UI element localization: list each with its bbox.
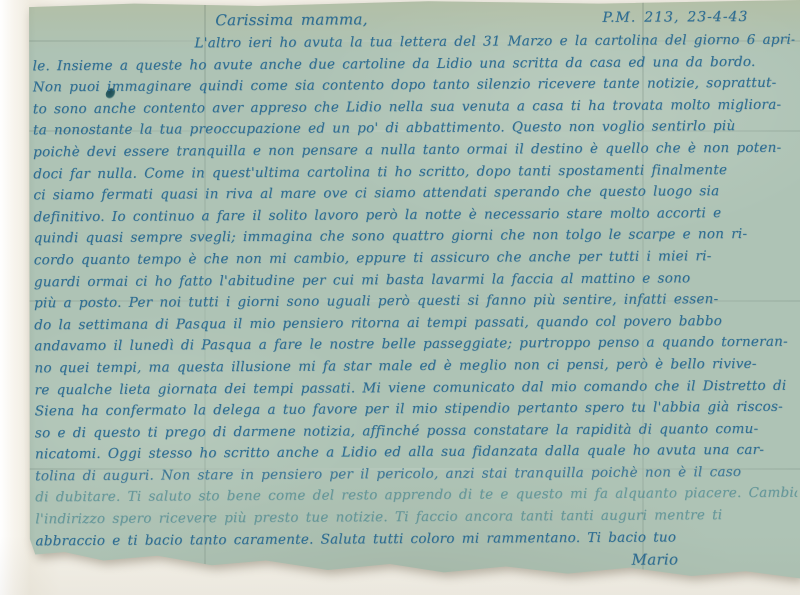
signature: Mario [632, 548, 798, 571]
letter-paper-wrapper: Carissima mamma, P.M. 213, 23-4-43 L'alt… [26, 0, 800, 595]
salutation: Carissima mamma, [215, 6, 367, 33]
postmark-date: P.M. 213, 23-4-43 [602, 4, 748, 31]
scan-background: Carissima mamma, P.M. 213, 23-4-43 L'alt… [0, 0, 800, 595]
letter-paper: Carissima mamma, P.M. 213, 23-4-43 L'alt… [26, 0, 800, 595]
letter-content: Carissima mamma, P.M. 213, 23-4-43 L'alt… [32, 4, 797, 575]
